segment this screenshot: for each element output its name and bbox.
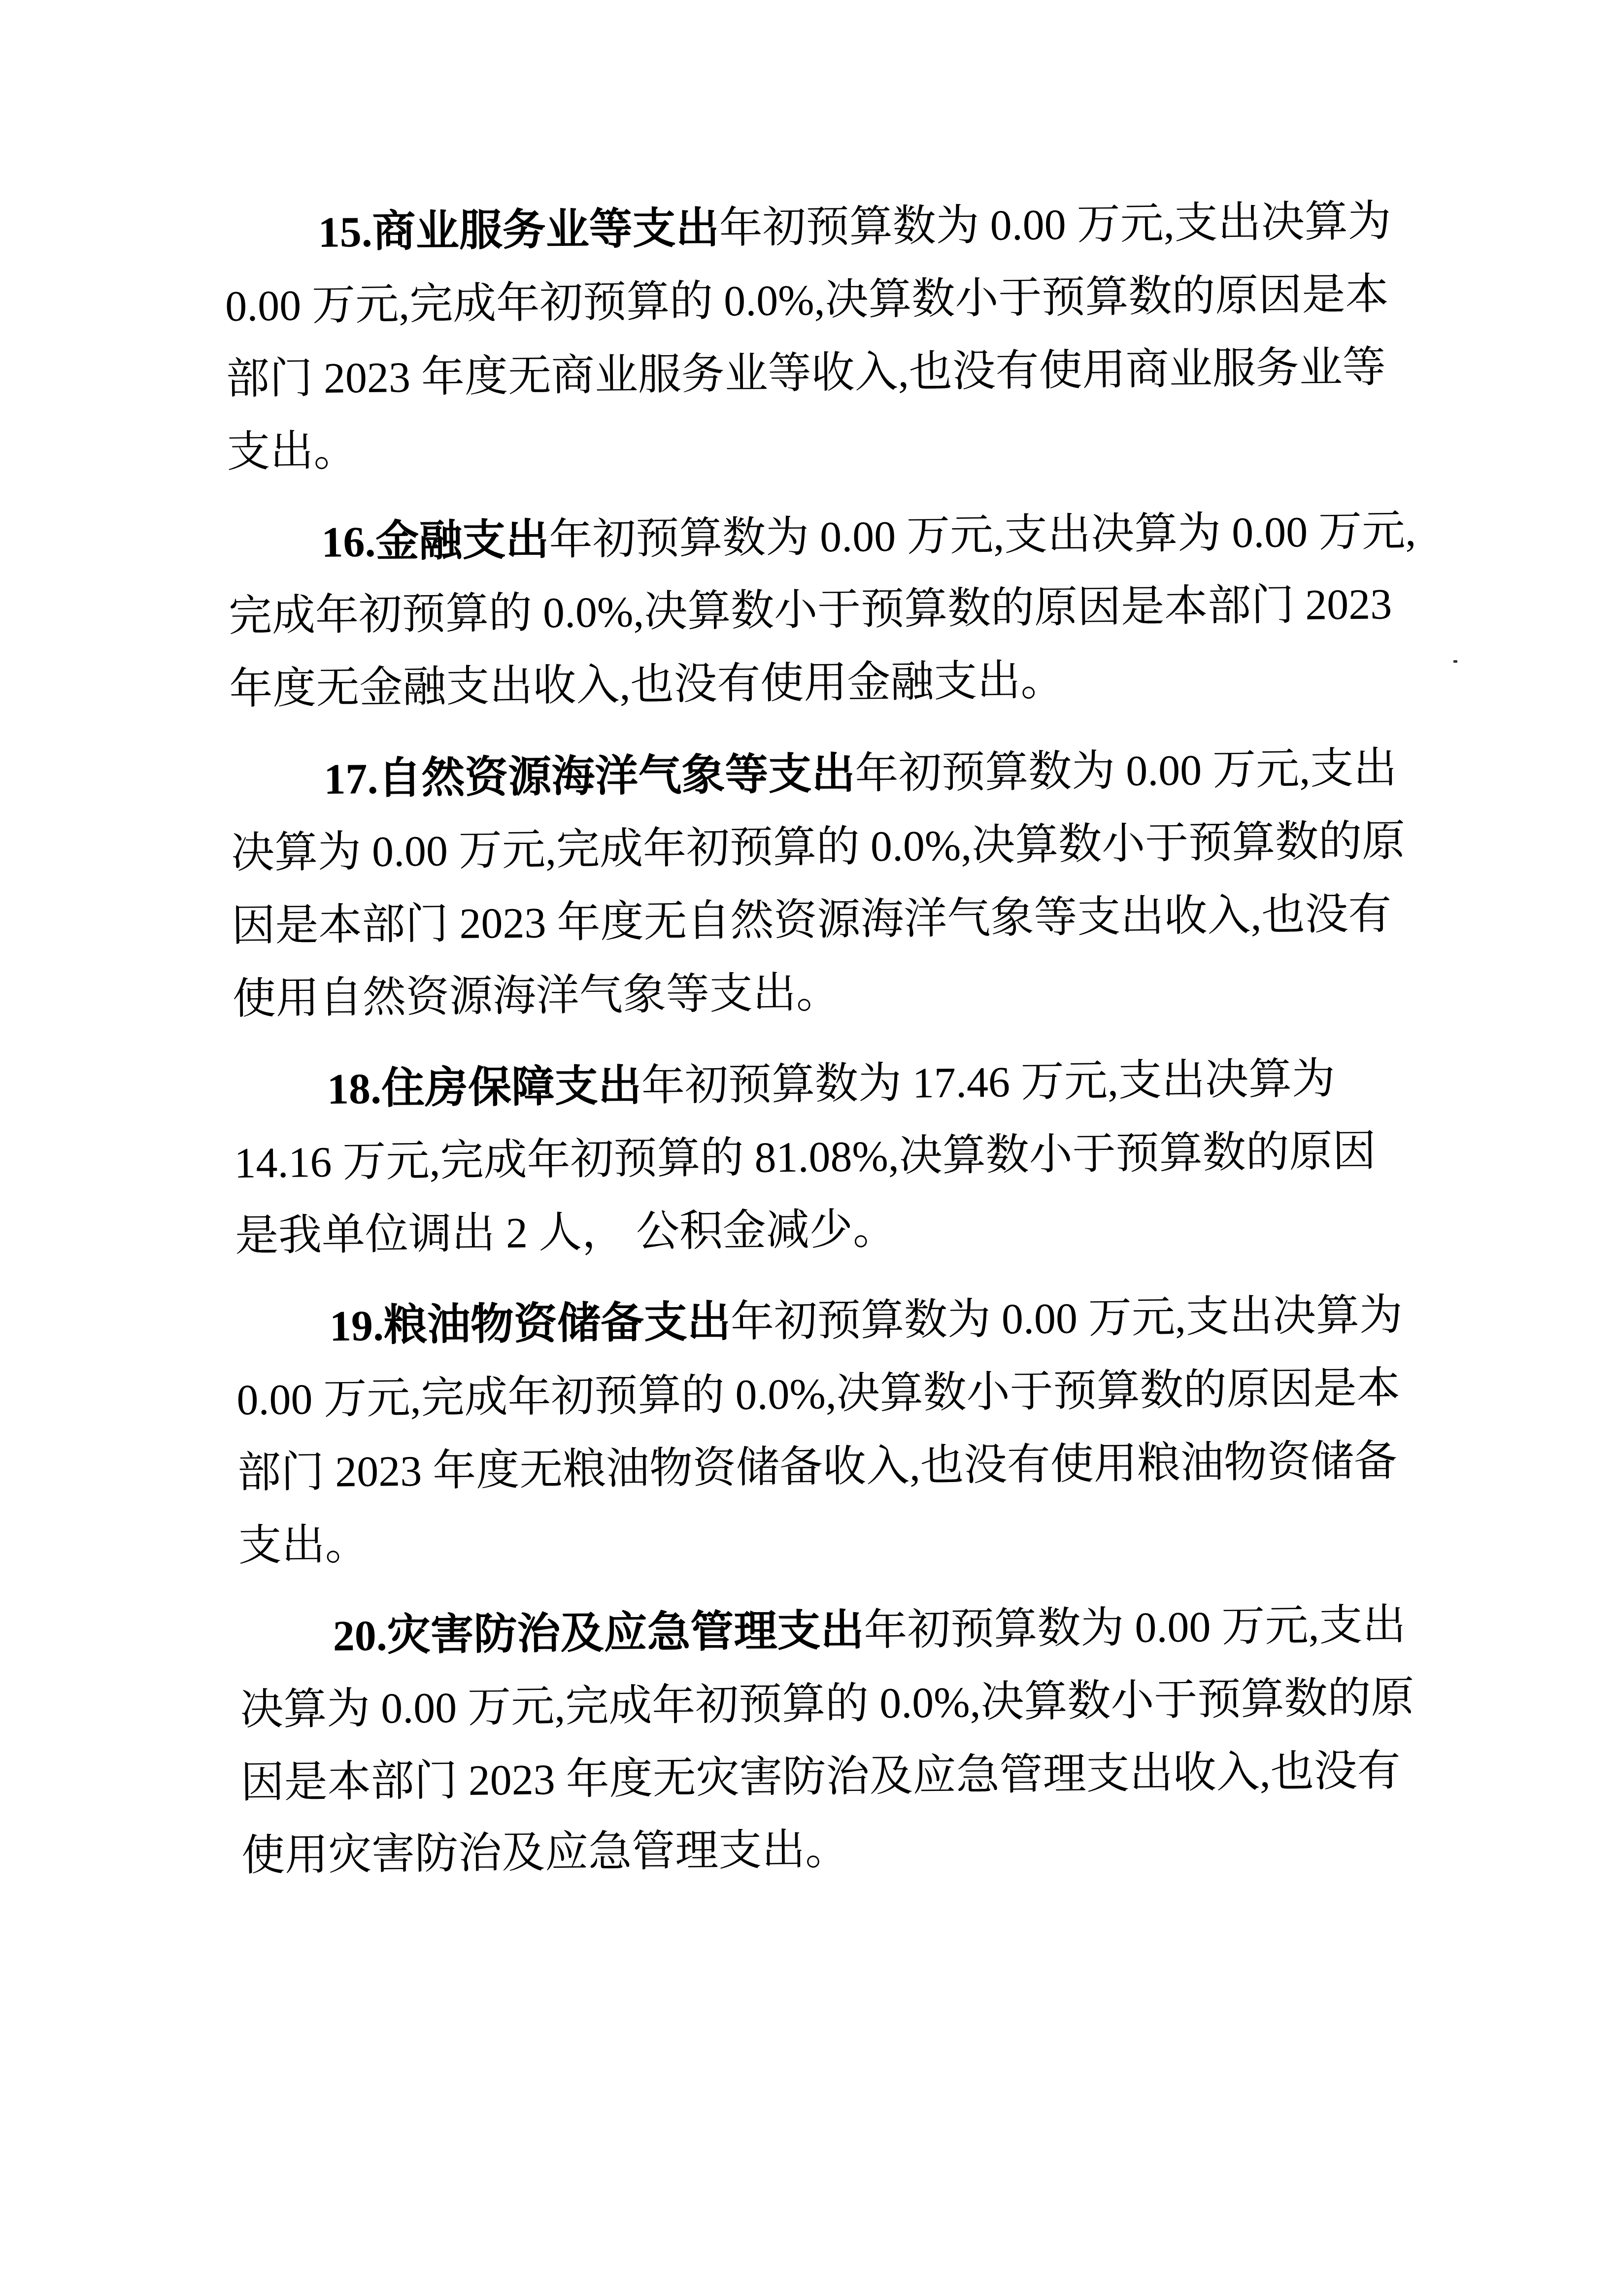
text-line: 部门 2023 年度无粮油物资储备收入,也没有使用粮油物资储备 bbox=[237, 1425, 1393, 1510]
text-line: 因是本部门 2023 年度无自然资源海洋气象等支出收入,也没有 bbox=[232, 878, 1387, 963]
line-text: 部门 2023 年度无商业服务业等收入,也没有使用商业服务业等 bbox=[226, 343, 1386, 404]
line-text: 支出。 bbox=[227, 427, 357, 476]
text-line: 17.自然资源海洋气象等支出年初预算数为 0.00 万元,支出 bbox=[230, 732, 1386, 817]
text-line: 支出。 bbox=[227, 404, 1382, 489]
line-text: 14.16 万元,完成年初预算的 81.08%,决算数小于预算数的原因 bbox=[234, 1128, 1376, 1187]
line-text: 年初预算数为 0.00 万元,支出决算为 bbox=[730, 1291, 1403, 1346]
line-text: 年度无金融支出收入,也没有使用金融支出。 bbox=[229, 657, 1064, 713]
report-text-block: 15.商业服务业等支出年初预算数为 0.00 万元,支出决算为0.00 万元,完… bbox=[224, 185, 1397, 1911]
text-line: 因是本部门 2023 年度无灾害防治及应急管理支出收入,也没有 bbox=[240, 1735, 1396, 1820]
text-line: 15.商业服务业等支出年初预算数为 0.00 万元,支出决算为 bbox=[224, 185, 1380, 270]
line-text: 使用灾害防治及应急管理支出。 bbox=[241, 1826, 849, 1880]
text-line: 14.16 万元,完成年初预算的 81.08%,决算数小于预算数的原因 bbox=[234, 1115, 1390, 1200]
line-text: 0.00 万元,完成年初预算的 0.0%,决算数小于预算数的原因是本 bbox=[225, 270, 1389, 331]
text-line: 16.金融支出年初预算数为 0.00 万元,支出决算为 0.00 万元, bbox=[228, 495, 1383, 580]
text-line: 18.住房保障支出年初预算数为 17.46 万元,支出决算为 bbox=[233, 1042, 1389, 1127]
text-line: 使用自然资源海洋气象等支出。 bbox=[232, 951, 1388, 1036]
paragraph-17: 17.自然资源海洋气象等支出年初预算数为 0.00 万元,支出决算为 0.00 … bbox=[230, 732, 1388, 1036]
line-text: 年初预算数为 0.00 万元,支出决算为 0.00 万元, bbox=[549, 507, 1416, 564]
text-line: 年度无金融支出收入,也没有使用金融支出。 bbox=[229, 641, 1385, 726]
item-number-and-category: 19.粮油物资储备支出 bbox=[329, 1298, 731, 1351]
line-text: 支出。 bbox=[238, 1521, 369, 1570]
line-text: 年初预算数为 0.00 万元,支出 bbox=[864, 1601, 1406, 1655]
text-line: 完成年初预算的 0.0%,决算数小于预算数的原因是本部门 2023 bbox=[228, 568, 1384, 653]
paragraph-19: 19.粮油物资储备支出年初预算数为 0.00 万元,支出决算为0.00 万元,完… bbox=[236, 1279, 1394, 1583]
line-text: 因是本部门 2023 年度无灾害防治及应急管理支出收入,也没有 bbox=[240, 1747, 1401, 1807]
line-text: 年初预算数为 17.46 万元,支出决算为 bbox=[641, 1055, 1335, 1110]
paragraph-16: 16.金融支出年初预算数为 0.00 万元,支出决算为 0.00 万元,完成年初… bbox=[228, 495, 1385, 726]
line-text: 年初预算数为 0.00 万元,支出决算为 bbox=[719, 198, 1391, 252]
line-text: 决算为 0.00 万元,完成年初预算的 0.0%,决算数小于预算数的原 bbox=[240, 1674, 1414, 1734]
scan-artifact-dot bbox=[1453, 660, 1457, 663]
line-text: 完成年初预算的 0.0%,决算数小于预算数的原因是本部门 2023 bbox=[228, 580, 1392, 641]
text-line: 20.灾害防治及应急管理支出年初预算数为 0.00 万元,支出 bbox=[239, 1589, 1395, 1674]
item-number-and-category: 18.住房保障支出 bbox=[327, 1062, 641, 1114]
line-text: 部门 2023 年度无粮油物资储备收入,也没有使用粮油物资储备 bbox=[237, 1437, 1398, 1497]
item-number-and-category: 15.商业服务业等支出 bbox=[318, 204, 719, 257]
text-line: 支出。 bbox=[238, 1498, 1394, 1583]
text-line: 使用灾害防治及应急管理支出。 bbox=[241, 1808, 1397, 1893]
line-text: 是我单位调出 2 人， 公积金减少。 bbox=[235, 1206, 897, 1260]
text-line: 19.粮油物资储备支出年初预算数为 0.00 万元,支出决算为 bbox=[236, 1279, 1391, 1364]
item-number-and-category: 17.自然资源海洋气象等支出 bbox=[324, 750, 855, 804]
text-line: 0.00 万元,完成年初预算的 0.0%,决算数小于预算数的原因是本 bbox=[236, 1352, 1392, 1437]
paragraph-20: 20.灾害防治及应急管理支出年初预算数为 0.00 万元,支出决算为 0.00 … bbox=[239, 1589, 1397, 1893]
paragraph-15: 15.商业服务业等支出年初预算数为 0.00 万元,支出决算为0.00 万元,完… bbox=[224, 185, 1382, 489]
line-text: 决算为 0.00 万元,完成年初预算的 0.0%,决算数小于预算数的原 bbox=[231, 817, 1405, 878]
paragraph-18: 18.住房保障支出年初预算数为 17.46 万元,支出决算为14.16 万元,完… bbox=[233, 1042, 1391, 1273]
text-line: 部门 2023 年度无商业服务业等收入,也没有使用商业服务业等 bbox=[226, 331, 1381, 416]
line-text: 使用自然资源海洋气象等支出。 bbox=[233, 969, 840, 1023]
item-number-and-category: 16.金融支出 bbox=[321, 516, 549, 567]
text-line: 0.00 万元,完成年初预算的 0.0%,决算数小于预算数的原因是本 bbox=[225, 258, 1381, 343]
item-number-and-category: 20.灾害防治及应急管理支出 bbox=[333, 1607, 864, 1660]
text-line: 决算为 0.00 万元,完成年初预算的 0.0%,决算数小于预算数的原 bbox=[239, 1662, 1395, 1747]
text-line: 决算为 0.00 万元,完成年初预算的 0.0%,决算数小于预算数的原 bbox=[231, 805, 1386, 890]
text-line: 是我单位调出 2 人， 公积金减少。 bbox=[235, 1188, 1390, 1273]
line-text: 年初预算数为 0.00 万元,支出 bbox=[855, 744, 1397, 798]
document-page: 15.商业服务业等支出年初预算数为 0.00 万元,支出决算为0.00 万元,完… bbox=[0, 0, 1615, 2296]
line-text: 0.00 万元,完成年初预算的 0.0%,决算数小于预算数的原因是本 bbox=[236, 1364, 1400, 1424]
line-text: 因是本部门 2023 年度无自然资源海洋气象等支出收入,也没有 bbox=[232, 890, 1392, 950]
